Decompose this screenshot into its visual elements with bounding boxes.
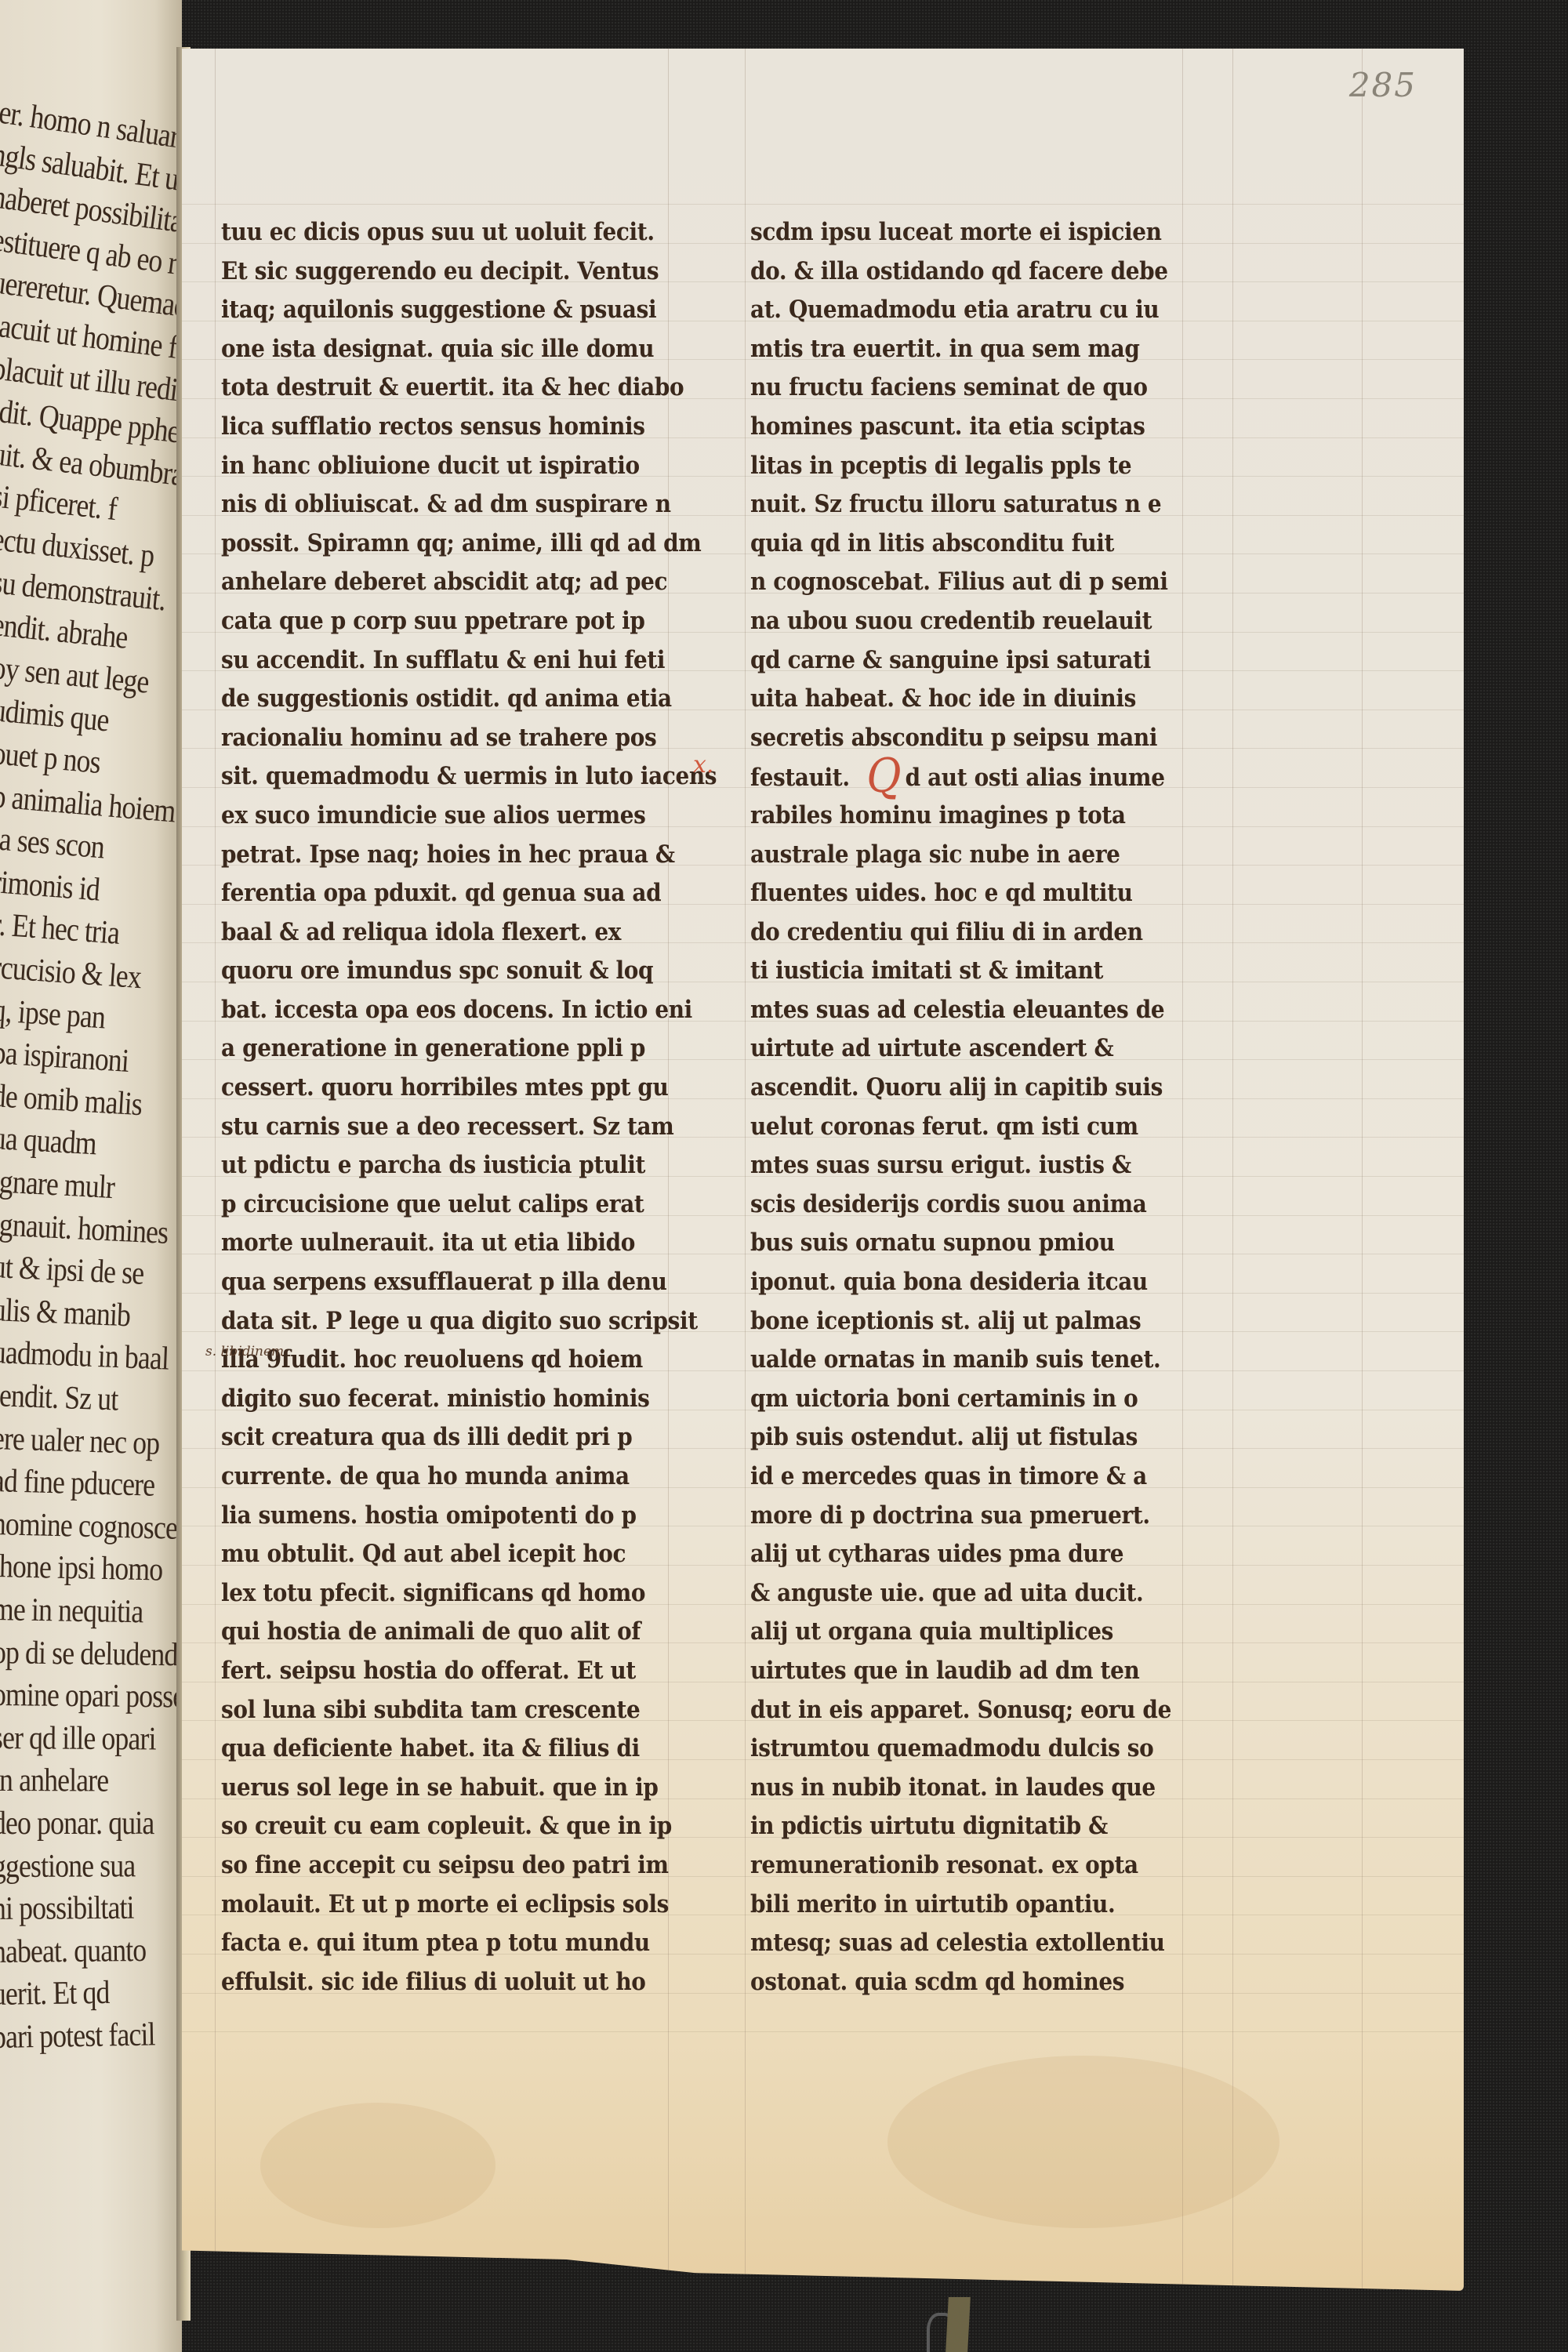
verso-text-fragment: tendit. Sz ut bbox=[0, 1377, 118, 1419]
verso-text-fragment: ulis & manib bbox=[0, 1291, 131, 1334]
left-page-verso: ler. homo n saluaret. ficngls saluabit. … bbox=[0, 0, 182, 2352]
manuscript-line: sol luna sibi subdita tam crescente bbox=[221, 1691, 687, 1730]
verso-text-fragment: rcucisio & lex bbox=[0, 949, 143, 996]
verso-text-fragment: homine cognoscer bbox=[0, 1505, 182, 1548]
verso-text-fragment: in anhelare bbox=[0, 1762, 108, 1800]
verso-text-fragment: ua quadm bbox=[0, 1120, 97, 1163]
manuscript-line: cata que p corp suu ppetrare pot ip bbox=[221, 602, 687, 641]
manuscript-line: uelut coronas ferut. qm isti cum bbox=[750, 1108, 1195, 1147]
manuscript-line: Et sic suggerendo eu decipit. Ventus bbox=[221, 252, 687, 292]
manuscript-line: stu carnis sue a deo recessert. Sz tam bbox=[221, 1108, 687, 1147]
manuscript-line: a generatione in generatione ppli p bbox=[221, 1029, 687, 1069]
manuscript-line: mu obtulit. Qd aut abel icepit hoc bbox=[221, 1535, 687, 1574]
manuscript-line: qua deficiente habet. ita & filius di bbox=[221, 1730, 687, 1769]
manuscript-line: at. Quemadmodu etia aratru cu iu bbox=[750, 291, 1195, 330]
manuscript-line: ut pdictu e parcha ds iusticia ptulit bbox=[221, 1146, 687, 1185]
manuscript-line: bili merito in uirtutib opantiu. bbox=[750, 1886, 1195, 1925]
manuscript-line: ostonat. quia scdm qd homines bbox=[750, 1963, 1195, 2002]
manuscript-line: lex totu pfecit. significans qd homo bbox=[221, 1574, 687, 1613]
water-stain bbox=[887, 2056, 1279, 2228]
manuscript-line: homines pascunt. ita etia sciptas bbox=[750, 408, 1195, 447]
manuscript-line: istrumtou quemadmodu dulcis so bbox=[750, 1730, 1195, 1769]
verso-text-fragment: ouet p nos bbox=[0, 735, 102, 782]
manuscript-line: qm uictoria boni certaminis in o bbox=[750, 1380, 1195, 1419]
verso-text-fragment: op di se deludendo bbox=[0, 1634, 182, 1675]
water-stain bbox=[260, 2103, 495, 2228]
manuscript-line: baal & ad reliqua idola flexert. ex bbox=[221, 913, 687, 953]
ruling-line bbox=[182, 2031, 1464, 2032]
bookmark-ribbon bbox=[946, 2297, 971, 2352]
ruling-line bbox=[745, 49, 746, 2291]
manuscript-line: ex suco imundicie sue alios uermes bbox=[221, 797, 687, 836]
manuscript-line: mtesq; suas ad celestia extollentiu bbox=[750, 1924, 1195, 1963]
manuscript-line: nis di obliuiscat. & ad dm suspirare n bbox=[221, 485, 687, 524]
manuscript-line: uirtutes que in laudib ad dm ten bbox=[750, 1652, 1195, 1691]
manuscript-line: ascendit. Quoru alij in capitib suis bbox=[750, 1069, 1195, 1108]
manuscript-line: do credentiu qui filiu di in arden bbox=[750, 913, 1195, 953]
manuscript-line: illa 9fudit. hoc reuoluens qd hoiem bbox=[221, 1341, 687, 1380]
manuscript-line: nus in nubib itonat. in laudes que bbox=[750, 1769, 1195, 1808]
manuscript-line: one ista designat. quia sic ille domu bbox=[221, 330, 687, 369]
manuscript-line: fluentes uides. hoc e qd multitu bbox=[750, 874, 1195, 913]
verso-text-fragment: pa ispiranoni bbox=[0, 1034, 130, 1080]
manuscript-line: do. & illa ostidando qd facere debe bbox=[750, 252, 1195, 292]
verso-text-fragment: thone ipsi homo bbox=[0, 1548, 163, 1589]
manuscript-line: alij ut organa quia multiplices bbox=[750, 1613, 1195, 1652]
manuscript-line: currente. de qua ho munda anima bbox=[221, 1457, 687, 1497]
manuscript-line: digito suo fecerat. ministio hominis bbox=[221, 1380, 687, 1419]
manuscript-line: qua serpens exsufflauerat p illa denu bbox=[221, 1263, 687, 1302]
verso-text-fragment: ere ualer nec op bbox=[0, 1420, 160, 1463]
manuscript-line: qd carne & sanguine ipsi saturati bbox=[750, 641, 1195, 681]
manuscript-line: sit. quemadmodu & uermis in luto iacens bbox=[221, 757, 687, 797]
verso-text-fragment: endit. abrahe bbox=[0, 606, 129, 657]
manuscript-line: mtes suas sursu erigut. iustis & bbox=[750, 1146, 1195, 1185]
verso-text-fragment: ggestione sua bbox=[0, 1847, 135, 1886]
verso-text-fragment: deo ponar. quia bbox=[0, 1805, 154, 1842]
manuscript-line: id e mercedes quas in timore & a bbox=[750, 1457, 1195, 1497]
manuscript-line: tota destruit & euertit. ita & hec diabo bbox=[221, 368, 687, 408]
manuscript-line: petrat. Ipse naq; hoies in hec praua & bbox=[221, 836, 687, 875]
manuscript-line: morte uulnerauit. ita ut etia libido bbox=[221, 1224, 687, 1263]
right-page-recto: 285 tuu ec dicis opus suu ut uoluit feci… bbox=[182, 49, 1464, 2291]
manuscript-line: uirtute ad uirtute ascendert & bbox=[750, 1029, 1195, 1069]
verso-text-fragment: ia ses scon bbox=[0, 820, 106, 866]
manuscript-line: uerus sol lege in se habuit. que in ip bbox=[221, 1769, 687, 1808]
manuscript-line: dut in eis apparet. Sonusq; eoru de bbox=[750, 1691, 1195, 1730]
ruling-line bbox=[182, 204, 1464, 205]
verso-text-fragment: ser qd ille opari bbox=[0, 1719, 156, 1758]
manuscript-line: lia sumens. hostia omipotenti do p bbox=[221, 1497, 687, 1536]
manuscript-line: secretis absconditu p seipsu mani bbox=[750, 719, 1195, 758]
manuscript-line: bone iceptionis st. alij ut palmas bbox=[750, 1302, 1195, 1341]
manuscript-line: remunerationib resonat. ex opta bbox=[750, 1846, 1195, 1886]
verso-text-fragment: omine opari posse bbox=[0, 1676, 182, 1716]
verso-text-fragment: ignare mulr bbox=[0, 1163, 115, 1207]
manuscript-line: litas in pceptis di legalis ppls te bbox=[750, 447, 1195, 486]
manuscript-line: na ubou suou credentib reuelauit bbox=[750, 602, 1195, 641]
line-text: festauit. bbox=[750, 764, 850, 792]
verso-text-fragment: q, ipse pan bbox=[0, 992, 107, 1036]
ruling-line bbox=[1362, 49, 1363, 2291]
verso-text-fragment: pari potest facil bbox=[0, 2016, 155, 2056]
verso-text-fragment: ad fine pducere bbox=[0, 1462, 155, 1504]
manuscript-line: & anguste uie. que ad uita ducit. bbox=[750, 1574, 1195, 1613]
verso-text-fragment: r. Et hec tria bbox=[0, 906, 121, 953]
manuscript-line: australe plaga sic nube in aere bbox=[750, 836, 1195, 875]
manuscript-line: pib suis ostendut. alij ut fistulas bbox=[750, 1418, 1195, 1457]
manuscript-line: tuu ec dicis opus suu ut uoluit fecit. bbox=[221, 213, 687, 252]
manuscript-line: uita habeat. & hoc ide in diuinis bbox=[750, 680, 1195, 719]
manuscript-line: qui hostia de animali de quo alit of bbox=[221, 1613, 687, 1652]
manuscript-line: bus suis ornatu supnou pmiou bbox=[750, 1224, 1195, 1263]
verso-text-fragment: de omib malis bbox=[0, 1077, 143, 1123]
manuscript-line: p circucisione que uelut calips erat bbox=[221, 1185, 687, 1225]
manuscript-line: scis desiderijs cordis suou anima bbox=[750, 1185, 1195, 1225]
manuscript-line: quoru ore imundus spc sonuit & loq bbox=[221, 952, 687, 991]
manuscript-line: fert. seipsu hostia do offerat. Et ut bbox=[221, 1652, 687, 1691]
manuscript-line: data sit. P lege u qua digito suo scrips… bbox=[221, 1302, 687, 1341]
manuscript-line: n cognoscebat. Filius aut di p semi bbox=[750, 563, 1195, 602]
verso-text-fragment: ni possibiltati bbox=[0, 1889, 134, 1928]
manuscript-line: itaq; aquilonis suggestione & psuasi bbox=[221, 291, 687, 330]
manuscript-line: ti iusticia imitati st & imitant bbox=[750, 952, 1195, 991]
manuscript-line: lica sufflatio rectos sensus hominis bbox=[221, 408, 687, 447]
text-column-a: tuu ec dicis opus suu ut uoluit fecit.Et… bbox=[221, 213, 739, 2002]
manuscript-line: racionaliu hominu ad se trahere pos bbox=[221, 719, 687, 758]
manuscript-line: mtes suas ad celestia eleuantes de bbox=[750, 991, 1195, 1030]
manuscript-line: so creuit cu eam copleuit. & que in ip bbox=[221, 1807, 687, 1846]
folio-number: 285 bbox=[1349, 66, 1417, 104]
manuscript-line: bat. iccesta opa eos docens. In ictio en… bbox=[221, 991, 687, 1030]
manuscript-line: nu fructu faciens seminat de quo bbox=[750, 368, 1195, 408]
manuscript-line: quia qd in litis absconditu fuit bbox=[750, 524, 1195, 564]
verso-text-fragment: ut & ipsi de se bbox=[0, 1248, 144, 1293]
verso-text-fragment: udimis que bbox=[0, 691, 111, 739]
verso-text-fragment: ignauit. homines bbox=[0, 1206, 169, 1252]
manuscript-line: nuit. Sz fructu illoru saturatus n e bbox=[750, 485, 1195, 524]
verso-text-fragment: uerit. Et qd bbox=[0, 1974, 110, 2013]
verso-text-fragment: uadmodu in baal bbox=[0, 1334, 169, 1378]
manuscript-line: mtis tra euertit. in qua sem mag bbox=[750, 330, 1195, 369]
manuscript-line: ferentia opa pduxit. qd genua sua ad bbox=[221, 874, 687, 913]
manuscript-line: possit. Spiramn qq; anime, illi qd ad dm bbox=[221, 524, 687, 564]
manuscript-line: facta e. qui itum ptea p totu mundu bbox=[221, 1924, 687, 1963]
verso-text-fragment: rimonis id bbox=[0, 863, 101, 909]
manuscript-line: festauit.Qd aut osti alias inume bbox=[750, 757, 1195, 797]
manuscript-line: molauit. Et ut p morte ei eclipsis sols bbox=[221, 1886, 687, 1925]
manuscript-line: ualde ornatas in manib suis tenet. bbox=[750, 1341, 1195, 1380]
ruling-line bbox=[215, 49, 216, 2291]
verso-text-fragment: si pficeret. f bbox=[0, 478, 118, 529]
rubricated-initial: Q bbox=[866, 749, 901, 804]
manuscript-line: de suggestionis ostidit. qd anima etia bbox=[221, 680, 687, 719]
manuscript-line: alij ut cytharas uides pma dure bbox=[750, 1535, 1195, 1574]
verso-text-fragment: habeat. quanto bbox=[0, 1932, 147, 1971]
manuscript-line: in pdictis uirtutu dignitatib & bbox=[750, 1807, 1195, 1846]
manuscript-line: rabiles hominu imagines p tota bbox=[750, 797, 1195, 836]
manuscript-line: so fine accepit cu seipsu deo patri im bbox=[221, 1846, 687, 1886]
manuscript-line: cessert. quoru horribiles mtes ppt gu bbox=[221, 1069, 687, 1108]
manuscript-line: su accendit. In sufflatu & eni hui feti bbox=[221, 641, 687, 681]
manuscript-line: iponut. quia bona desideria itcau bbox=[750, 1263, 1195, 1302]
manuscript-line: scdm ipsu luceat morte ei ispicien bbox=[750, 213, 1195, 252]
line-text: d aut osti alias inume bbox=[906, 764, 1165, 792]
text-column-b: scdm ipsu luceat morte ei ispiciendo. & … bbox=[750, 213, 1244, 2002]
manuscript-line: more di p doctrina sua pmeruert. bbox=[750, 1497, 1195, 1536]
rubric-marginal-mark: x. bbox=[693, 751, 713, 779]
manuscript-line: scit creatura qua ds illi dedit pri p bbox=[221, 1418, 687, 1457]
verso-text-fragment: me in nequitia bbox=[0, 1591, 143, 1631]
manuscript-line: in hanc obliuione ducit ut ispiratio bbox=[221, 447, 687, 486]
manuscript-line: anhelare deberet abscidit atq; ad pec bbox=[221, 563, 687, 602]
marginal-gloss: s. libidinem bbox=[205, 1344, 284, 1359]
manuscript-line: effulsit. sic ide filius di uoluit ut ho bbox=[221, 1963, 687, 2002]
